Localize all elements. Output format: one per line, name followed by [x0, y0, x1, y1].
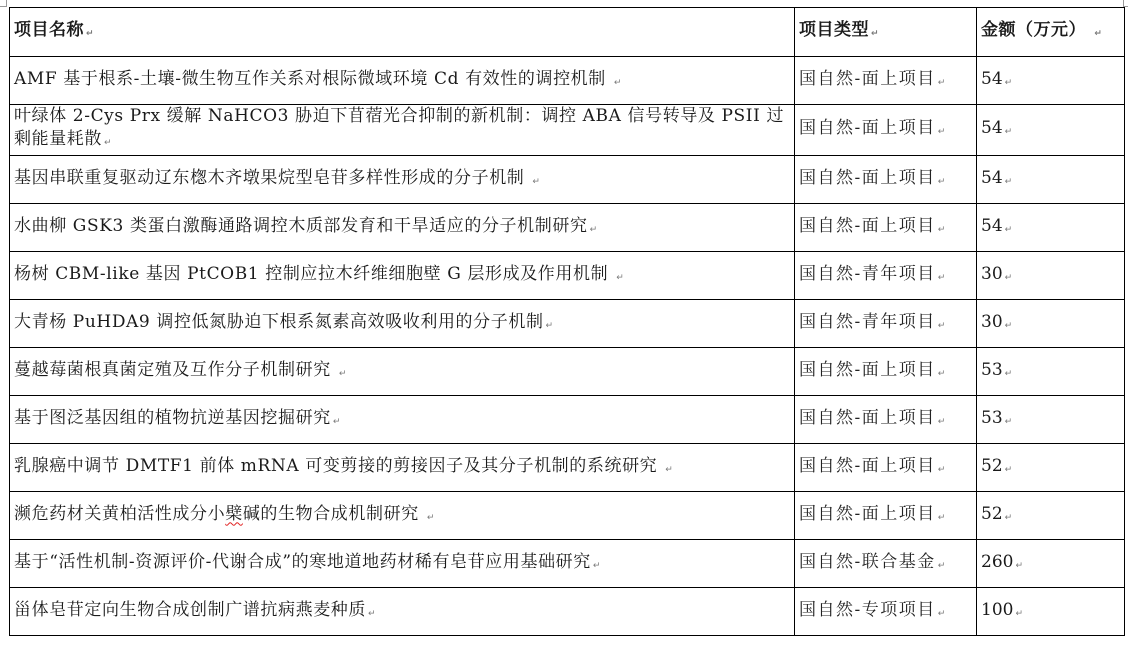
paragraph-mark-icon: ↵: [938, 266, 947, 290]
page-corner-mark: [1123, 0, 1128, 7]
table-row: AMF 基于根系-土壤-微生物互作关系对根际微域环境 Cd 有效性的调控机制 ↵…: [10, 57, 1125, 105]
paragraph-mark-icon: ↵: [665, 458, 673, 482]
cell-amount[interactable]: 30↵: [977, 252, 1125, 300]
paragraph-mark-icon: ↵: [1094, 22, 1102, 46]
cell-project-type[interactable]: 国自然-专项项目↵: [795, 588, 977, 636]
table-row: 基于“活性机制-资源评价-代谢合成”的寒地道地药材稀有皂苷应用基础研究↵ 国自然…: [10, 540, 1125, 588]
table-row: 濒危药材关黄柏活性成分小檗碱的生物合成机制研究 ↵ 国自然-面上项目↵ 52↵: [10, 492, 1125, 540]
cell-amount[interactable]: 30↵: [977, 300, 1125, 348]
paragraph-mark-icon: ↵: [614, 71, 622, 95]
cell-amount[interactable]: 260↵: [977, 540, 1125, 588]
paragraph-mark-icon: ↵: [104, 132, 112, 155]
paragraph-mark-icon: ↵: [938, 170, 947, 194]
cell-amount[interactable]: 54↵: [977, 204, 1125, 252]
cell-project-type[interactable]: 国自然-青年项目↵: [795, 300, 977, 348]
page-corner-mark: [0, 0, 7, 7]
paragraph-mark-icon: ↵: [938, 120, 947, 144]
cell-project-name[interactable]: 乳腺癌中调节 DMTF1 前体 mRNA 可变剪接的剪接因子及其分子机制的系统研…: [10, 444, 795, 492]
paragraph-mark-icon: ↵: [532, 170, 540, 194]
paragraph-mark-icon: ↵: [938, 458, 947, 482]
cell-amount[interactable]: 53↵: [977, 396, 1125, 444]
paragraph-mark-icon: ↵: [1015, 554, 1023, 578]
cell-amount[interactable]: 54↵: [977, 156, 1125, 204]
table-row: 基于图泛基因组的植物抗逆基因挖掘研究↵ 国自然-面上项目↵ 53↵: [10, 396, 1125, 444]
paragraph-mark-icon: ↵: [938, 554, 947, 578]
cell-project-type[interactable]: 国自然-面上项目↵: [795, 396, 977, 444]
paragraph-mark-icon: ↵: [938, 71, 947, 95]
paragraph-mark-icon: ↵: [86, 22, 94, 46]
paragraph-mark-icon: ↵: [1005, 314, 1013, 338]
cell-project-name[interactable]: 水曲柳 GSK3 类蛋白激酶通路调控木质部发育和干旱适应的分子机制研究↵: [10, 204, 795, 252]
paragraph-mark-icon: ↵: [427, 506, 435, 530]
cell-project-name[interactable]: AMF 基于根系-土壤-微生物互作关系对根际微域环境 Cd 有效性的调控机制 ↵: [10, 57, 795, 105]
paragraph-mark-icon: ↵: [616, 266, 624, 290]
table-row: 甾体皂苷定向生物合成创制广谱抗病燕麦种质↵ 国自然-专项项目↵ 100↵: [10, 588, 1125, 636]
cell-project-name[interactable]: 大青杨 PuHDA9 调控低氮胁迫下根系氮素高效吸收利用的分子机制↵: [10, 300, 795, 348]
paragraph-mark-icon: ↵: [938, 218, 947, 242]
cell-project-type[interactable]: 国自然-面上项目↵: [795, 492, 977, 540]
cell-project-name[interactable]: 叶绿体 2-Cys Prx 缓解 NaHCO3 胁迫下苜蓿光合抑制的新机制：调控…: [10, 105, 795, 156]
cell-project-type[interactable]: 国自然-面上项目↵: [795, 444, 977, 492]
paragraph-mark-icon: ↵: [333, 410, 341, 434]
cell-project-name[interactable]: 杨树 CBM-like 基因 PtCOB1 控制应拉木纤维细胞壁 G 层形成及作…: [10, 252, 795, 300]
table-row: 乳腺癌中调节 DMTF1 前体 mRNA 可变剪接的剪接因子及其分子机制的系统研…: [10, 444, 1125, 492]
cell-project-name[interactable]: 基于“活性机制-资源评价-代谢合成”的寒地道地药材稀有皂苷应用基础研究↵: [10, 540, 795, 588]
table-row: 叶绿体 2-Cys Prx 缓解 NaHCO3 胁迫下苜蓿光合抑制的新机制：调控…: [10, 105, 1125, 156]
cell-project-name[interactable]: 基于图泛基因组的植物抗逆基因挖掘研究↵: [10, 396, 795, 444]
cell-amount[interactable]: 52↵: [977, 444, 1125, 492]
paragraph-mark-icon: ↵: [938, 362, 947, 386]
cell-amount[interactable]: 53↵: [977, 348, 1125, 396]
table-row: 杨树 CBM-like 基因 PtCOB1 控制应拉木纤维细胞壁 G 层形成及作…: [10, 252, 1125, 300]
cell-project-type[interactable]: 国自然-青年项目↵: [795, 252, 977, 300]
table-row: 水曲柳 GSK3 类蛋白激酶通路调控木质部发育和干旱适应的分子机制研究↵ 国自然…: [10, 204, 1125, 252]
paragraph-mark-icon: ↵: [368, 602, 376, 626]
cell-project-name[interactable]: 基因串联重复驱动辽东楤木齐墩果烷型皂苷多样性形成的分子机制 ↵: [10, 156, 795, 204]
paragraph-mark-icon: ↵: [1015, 602, 1023, 626]
paragraph-mark-icon: ↵: [1005, 410, 1013, 434]
paragraph-mark-icon: ↵: [1005, 71, 1013, 95]
cell-amount[interactable]: 54↵: [977, 57, 1125, 105]
paragraph-mark-icon: ↵: [590, 218, 598, 242]
cell-amount[interactable]: 54↵: [977, 105, 1125, 156]
paragraph-mark-icon: ↵: [1005, 120, 1013, 144]
table-row: 大青杨 PuHDA9 调控低氮胁迫下根系氮素高效吸收利用的分子机制↵ 国自然-青…: [10, 300, 1125, 348]
table-header-row: 项目名称↵ 项目类型↵ 金额（万元） ↵: [10, 8, 1125, 57]
paragraph-mark-icon: ↵: [1005, 506, 1013, 530]
cell-project-name[interactable]: 甾体皂苷定向生物合成创制广谱抗病燕麦种质↵: [10, 588, 795, 636]
cell-project-type[interactable]: 国自然-面上项目↵: [795, 204, 977, 252]
paragraph-mark-icon: ↵: [938, 314, 947, 338]
paragraph-mark-icon: ↵: [339, 362, 347, 386]
cell-project-type[interactable]: 国自然-面上项目↵: [795, 348, 977, 396]
header-amount[interactable]: 金额（万元） ↵: [977, 8, 1125, 57]
paragraph-mark-icon: ↵: [871, 22, 879, 46]
cell-project-type[interactable]: 国自然-面上项目↵: [795, 57, 977, 105]
paragraph-mark-icon: ↵: [1005, 362, 1013, 386]
spellcheck-flagged-word[interactable]: 檗: [225, 504, 243, 524]
header-project-type[interactable]: 项目类型↵: [795, 8, 977, 57]
table-row: 蔓越莓菌根真菌定殖及互作分子机制研究 ↵ 国自然-面上项目↵ 53↵: [10, 348, 1125, 396]
cell-project-type[interactable]: 国自然-联合基金↵: [795, 540, 977, 588]
paragraph-mark-icon: ↵: [938, 602, 947, 626]
paragraph-mark-icon: ↵: [593, 554, 601, 578]
funding-projects-table: 项目名称↵ 项目类型↵ 金额（万元） ↵ AMF 基于根系-土壤-微生物互作关系…: [9, 7, 1125, 636]
paragraph-mark-icon: ↵: [1005, 266, 1013, 290]
paragraph-mark-icon: ↵: [1005, 458, 1013, 482]
paragraph-mark-icon: ↵: [1005, 218, 1013, 242]
table-row: 基因串联重复驱动辽东楤木齐墩果烷型皂苷多样性形成的分子机制 ↵ 国自然-面上项目…: [10, 156, 1125, 204]
cell-project-type[interactable]: 国自然-面上项目↵: [795, 156, 977, 204]
paragraph-mark-icon: ↵: [938, 410, 947, 434]
cell-amount[interactable]: 100↵: [977, 588, 1125, 636]
paragraph-mark-icon: ↵: [546, 314, 554, 338]
paragraph-mark-icon: ↵: [938, 506, 947, 530]
paragraph-mark-icon: ↵: [1005, 170, 1013, 194]
cell-amount[interactable]: 52↵: [977, 492, 1125, 540]
cell-project-name[interactable]: 濒危药材关黄柏活性成分小檗碱的生物合成机制研究 ↵: [10, 492, 795, 540]
cell-project-name[interactable]: 蔓越莓菌根真菌定殖及互作分子机制研究 ↵: [10, 348, 795, 396]
header-project-name[interactable]: 项目名称↵: [10, 8, 795, 57]
cell-project-type[interactable]: 国自然-面上项目↵: [795, 105, 977, 156]
